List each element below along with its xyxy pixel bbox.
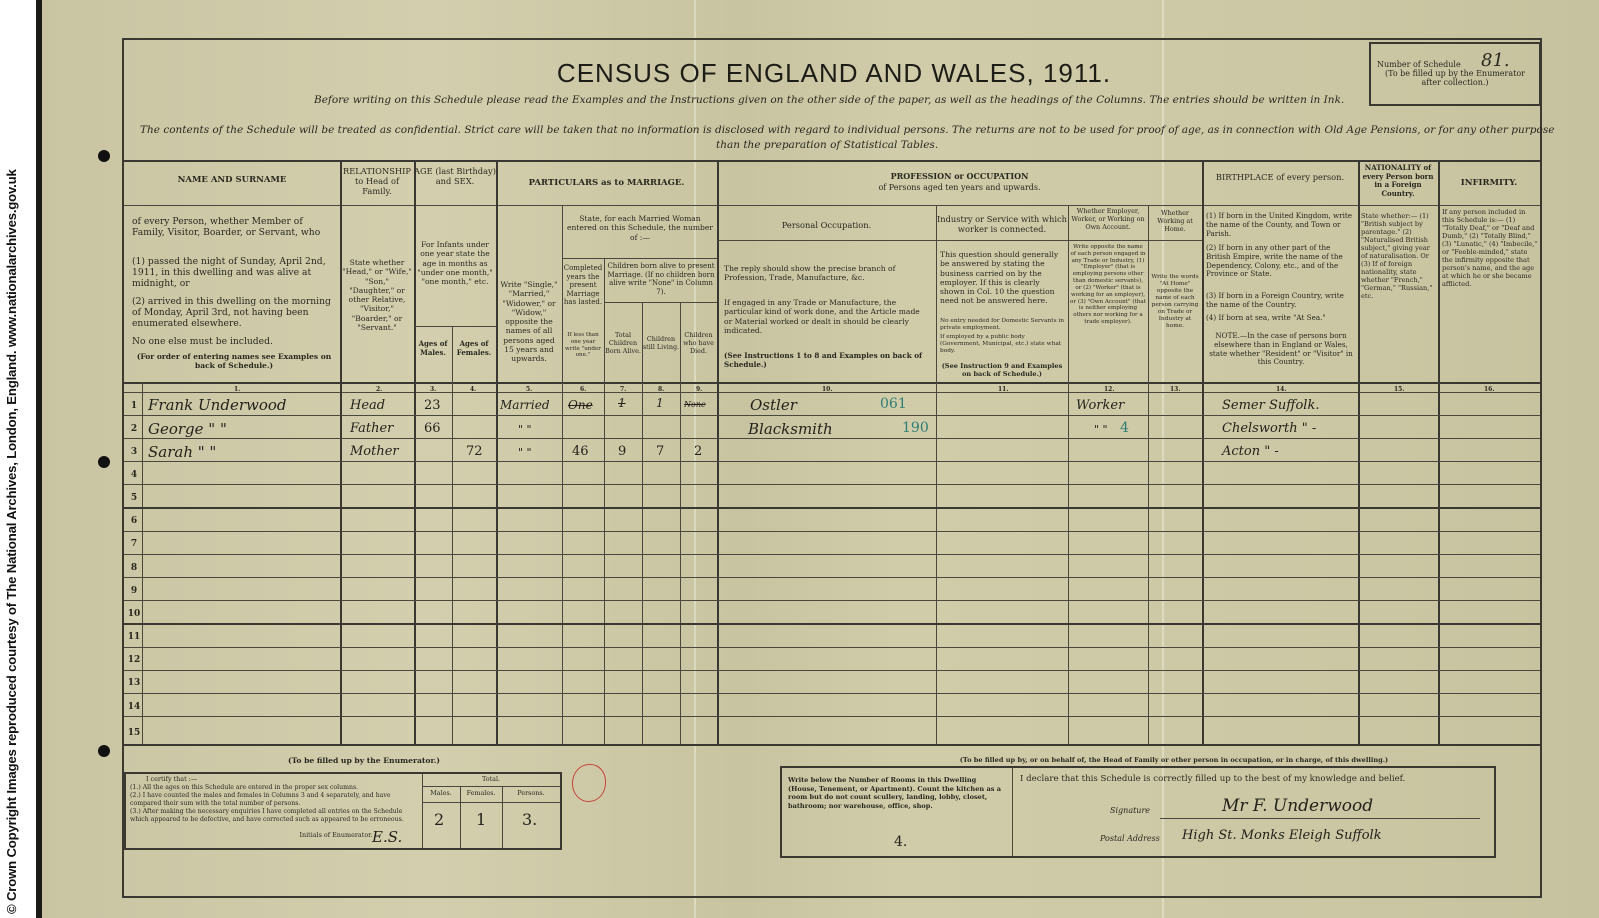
head-of-family-box: Write below the Number of Rooms in this …: [780, 766, 1496, 858]
row-number: 15: [126, 728, 142, 738]
row-number: 7: [126, 539, 142, 549]
marriage-write-desc: Write "Single," "Married," "Widower," or…: [498, 280, 560, 363]
occupation-code: 061: [880, 396, 907, 412]
birthplace-item4: (4) If born at sea, write "At Sea.": [1206, 314, 1356, 323]
postal-address-value[interactable]: High St. Monks Eleigh Suffolk: [1182, 828, 1382, 843]
column-number: 15.: [1394, 386, 1404, 393]
person-relationship[interactable]: Father: [350, 421, 393, 436]
row-number: 5: [126, 493, 142, 503]
col-divider: [936, 205, 937, 744]
age-females-header: Ages of Females.: [452, 340, 496, 357]
schedule-number-note: (To be filled up by the Enumerator after…: [1377, 69, 1533, 87]
row-number: 3: [126, 447, 142, 457]
row-line: [124, 623, 1540, 625]
person-employment-status[interactable]: " ": [1094, 423, 1108, 436]
column-number: 7.: [620, 386, 626, 393]
col-header-birthplace: BIRTHPLACE of every person.: [1202, 172, 1358, 182]
row-line: [124, 647, 1540, 648]
column-number: 6.: [580, 386, 586, 393]
hof-divider: [1012, 768, 1013, 856]
table-bottom-rule: [124, 744, 1540, 746]
copyright-strip: © Crown Copyright Images reproduced cour…: [0, 0, 36, 918]
industry-desc1: This question should generally be answer…: [940, 250, 1064, 306]
signature-value[interactable]: Mr F. Underwood: [1222, 796, 1373, 816]
row-line: [124, 438, 1540, 439]
occupation-subrule: [717, 240, 1202, 241]
person-marital-status[interactable]: " ": [518, 446, 532, 459]
age-subrule: [414, 326, 496, 327]
marriage-died: Children who have Died.: [680, 332, 717, 355]
marriage-still-living: Children still Living.: [642, 336, 680, 352]
females-label: Females.: [460, 790, 502, 798]
col-header-occupation: PROFESSION or OCCUPATION: [717, 172, 1202, 182]
rooms-instruction: Write below the Number of Rooms in this …: [788, 776, 1002, 810]
column-number: 14.: [1276, 386, 1286, 393]
row-number: 11: [126, 632, 142, 642]
row-number: 2: [126, 424, 142, 434]
person-relationship[interactable]: Mother: [350, 444, 399, 459]
name-item2: (2) arrived in this dwelling on the morn…: [132, 296, 336, 330]
person-birthplace[interactable]: Semer Suffolk.: [1222, 398, 1319, 413]
postal-address-label: Postal Address: [1100, 834, 1190, 844]
row-number: 10: [126, 609, 142, 619]
marriage-children-head: Children born alive to present Marriage.…: [606, 262, 716, 296]
birthplace-item3: (3) If born in a Foreign Country, write …: [1206, 292, 1356, 310]
home-header: Whether Working at Home.: [1148, 210, 1202, 233]
name-order-note: (For order of entering names see Example…: [130, 352, 338, 370]
children-born[interactable]: 9: [618, 444, 626, 459]
person-marital-status[interactable]: " ": [518, 423, 532, 436]
marriage-state-desc: State, for each Married Woman entered on…: [564, 214, 716, 242]
head-of-family-heading: (To be filled up by, or on behalf of, th…: [824, 756, 1524, 764]
person-name[interactable]: George " ": [148, 420, 227, 438]
row-number: 12: [126, 655, 142, 665]
header-rule: [124, 160, 1540, 162]
enumerator-initials[interactable]: E.S.: [372, 828, 402, 846]
employer-header: Whether Employer, Worker, or Working on …: [1068, 208, 1148, 231]
person-birthplace[interactable]: Chelsworth " -: [1222, 421, 1316, 436]
children-died[interactable]: 2: [694, 444, 702, 459]
person-occupation[interactable]: Blacksmith: [748, 420, 833, 438]
col-divider: [1068, 205, 1069, 744]
col-header-nationality: NATIONALITY of every Person born in a Fo…: [1358, 164, 1438, 198]
name-note: No one else must be included.: [132, 336, 336, 347]
row-number: 13: [126, 678, 142, 688]
marriage-subrule-2: [604, 302, 717, 303]
total-divider: [502, 786, 503, 848]
col-divider: [717, 160, 719, 744]
col-header-name: NAME AND SURNAME: [124, 175, 340, 185]
marriage-years[interactable]: 46: [572, 444, 589, 459]
personal-occupation-desc1: The reply should show the precise branch…: [724, 264, 930, 283]
row-number: 14: [126, 702, 142, 712]
enumerator-heading: (To be filled up by the Enumerator.): [264, 756, 464, 765]
schedule-number-box: Number of Schedule 81. (To be filled up …: [1369, 42, 1541, 106]
row-number: 9: [126, 586, 142, 596]
punch-hole: [98, 745, 110, 757]
signature-label: Signature: [1110, 806, 1190, 816]
col-divider: [1148, 205, 1149, 744]
punch-hole: [98, 150, 110, 162]
person-age-male[interactable]: 23: [424, 398, 441, 413]
relationship-desc: State whether "Head," or "Wife," "Son," …: [342, 258, 412, 332]
row-line: [124, 693, 1540, 694]
copyright-notice: © Crown Copyright Images reproduced cour…: [4, 169, 19, 914]
col-divider: [1202, 160, 1204, 744]
row-line: [124, 554, 1540, 555]
col-header-relationship: RELATIONSHIP to Head of Family.: [340, 166, 414, 196]
column-number: 1.: [234, 386, 240, 393]
col-divider: [1358, 160, 1360, 744]
marriage-years[interactable]: One: [568, 398, 593, 412]
col-divider: [604, 258, 605, 744]
row-number: 1: [126, 401, 142, 411]
row-number: 4: [126, 470, 142, 480]
industry-header: Industry or Service with which worker is…: [936, 214, 1068, 234]
row-line: [124, 600, 1540, 601]
confidential-line: The contents of the Schedule will be tre…: [140, 124, 1554, 136]
punch-hole: [98, 456, 110, 468]
row-line: [124, 507, 1540, 509]
occupation-subtitle: of Persons aged ten years and upwards.: [717, 183, 1202, 193]
persons-label: Persons.: [502, 790, 560, 798]
col-header-age: AGE (last Birthday) and SEX.: [414, 166, 496, 186]
person-relationship[interactable]: Head: [350, 398, 385, 413]
col-divider: [340, 160, 342, 744]
person-name[interactable]: Sarah " ": [148, 443, 216, 461]
col-header-marriage: PARTICULARS as to MARRIAGE.: [496, 178, 717, 188]
person-marital-status[interactable]: Married: [500, 398, 550, 412]
column-number: 2.: [376, 386, 382, 393]
industry-desc4: (See Instruction 9 and Examples on back …: [938, 362, 1066, 378]
marriage-completed: Completed years the present Marriage has…: [563, 264, 603, 307]
enumerator-box: I certify that :— (1.) All the ages on t…: [124, 772, 562, 850]
employer-desc: Write opposite the name of each person e…: [1070, 244, 1146, 326]
total-rule: [422, 802, 560, 803]
person-age-female[interactable]: 72: [466, 444, 483, 459]
row-line: [124, 461, 1540, 462]
nationality-desc: State whether:— (1) "British subject by …: [1361, 212, 1436, 300]
red-circle-mark: [572, 764, 606, 802]
infirmity-desc: If any person included in this Schedule …: [1442, 208, 1538, 288]
person-name[interactable]: Frank Underwood: [148, 396, 287, 414]
col-divider: [680, 302, 681, 744]
schedule-number-value[interactable]: 81.: [1481, 50, 1510, 71]
marriage-total-born: Total Children Born Alive.: [604, 332, 642, 355]
confidential-line-2: than the preparation of Statistical Tabl…: [716, 139, 938, 151]
col-divider: [452, 326, 453, 744]
enumerator-item1: (1.) All the ages on this Schedule are e…: [130, 784, 420, 792]
column-number: 8.: [658, 386, 664, 393]
personal-occupation-desc2: If engaged in any Trade or Manufacture, …: [724, 298, 930, 335]
column-number: 16.: [1484, 386, 1494, 393]
birthplace-note: NOTE.—In the case of persons born elsewh…: [1206, 332, 1356, 367]
col-divider: [1438, 160, 1440, 744]
row-line: [124, 670, 1540, 671]
person-employment-status[interactable]: Worker: [1076, 398, 1124, 413]
enumerator-certify: I certify that :—: [146, 776, 396, 784]
column-number: 11.: [998, 386, 1008, 393]
column-number: 9.: [696, 386, 702, 393]
total-males[interactable]: 2: [434, 810, 444, 829]
males-label: Males.: [422, 790, 460, 798]
children-living[interactable]: 1: [656, 396, 664, 410]
col-divider: [642, 302, 643, 744]
home-desc: Write the words "At Home" opposite the n…: [1150, 274, 1200, 331]
header-bottom-rule: [124, 382, 1540, 384]
column-number: 12.: [1104, 386, 1114, 393]
column-number: 13.: [1170, 386, 1180, 393]
personal-occupation-desc3: (See Instructions 1 to 8 and Examples on…: [724, 352, 930, 370]
industry-desc2: No entry needed for Domestic Servants in…: [940, 318, 1064, 332]
row-line: [124, 531, 1540, 532]
column-number: 10.: [822, 386, 832, 393]
total-divider: [460, 786, 461, 848]
age-males-header: Ages of Males.: [414, 340, 452, 357]
col-divider: [496, 160, 498, 744]
col-header-infirmity: INFIRMITY.: [1438, 178, 1540, 188]
industry-desc3: If employed by a public body (Government…: [940, 334, 1064, 355]
page-title: CENSUS OF ENGLAND AND WALES, 1911.: [554, 58, 1114, 89]
rooms-count[interactable]: 4.: [894, 834, 907, 850]
row-line: [124, 577, 1540, 578]
column-number: 3.: [430, 386, 436, 393]
occupation-code: 190: [902, 420, 929, 436]
children-died[interactable]: None: [684, 400, 706, 409]
column-number: 4.: [470, 386, 476, 393]
total-label: Total.: [422, 776, 560, 784]
name-desc: of every Person, whether Member of Famil…: [132, 216, 336, 238]
row-number: 6: [126, 516, 142, 526]
signature-rule: [1160, 818, 1480, 819]
total-persons[interactable]: 3.: [522, 810, 537, 829]
birthplace-item2: (2) If born in any other part of the Bri…: [1206, 244, 1356, 279]
personal-occupation-header: Personal Occupation.: [717, 220, 936, 230]
name-item1: (1) passed the night of Sunday, April 2n…: [132, 256, 336, 290]
employment-code: 4: [1120, 420, 1129, 436]
row-number: 8: [126, 563, 142, 573]
census-form: CENSUS OF ENGLAND AND WALES, 1911. Befor…: [122, 38, 1542, 898]
declaration-text: I declare that this Schedule is correctl…: [1020, 774, 1490, 784]
children-born[interactable]: 1: [618, 396, 626, 410]
enumerator-item3: (3.) After making the necessary enquirie…: [130, 808, 420, 823]
row-line: [124, 484, 1540, 485]
column-number: 5.: [526, 386, 532, 393]
children-living[interactable]: 7: [656, 444, 664, 459]
total-rule: [422, 786, 560, 787]
person-occupation[interactable]: Ostler: [750, 396, 797, 414]
person-age-male[interactable]: 66: [424, 421, 441, 436]
total-females[interactable]: 1: [476, 810, 486, 829]
age-infant-desc: For Infants under one year state the age…: [416, 240, 494, 286]
marriage-completed-note: If less than one year write "under one.": [563, 332, 603, 359]
birthplace-item1: (1) If born in the United Kingdom, write…: [1206, 212, 1356, 238]
enumerator-item2: (2.) I have counted the males and female…: [130, 792, 420, 807]
row-line: [124, 716, 1540, 717]
marriage-subrule: [562, 258, 717, 259]
rownum-divider: [142, 382, 143, 744]
row-line: [124, 415, 1540, 416]
instruction-line: Before writing on this Schedule please r…: [314, 94, 1344, 106]
person-birthplace[interactable]: Acton " -: [1222, 444, 1279, 459]
header-subrule: [124, 205, 1540, 206]
